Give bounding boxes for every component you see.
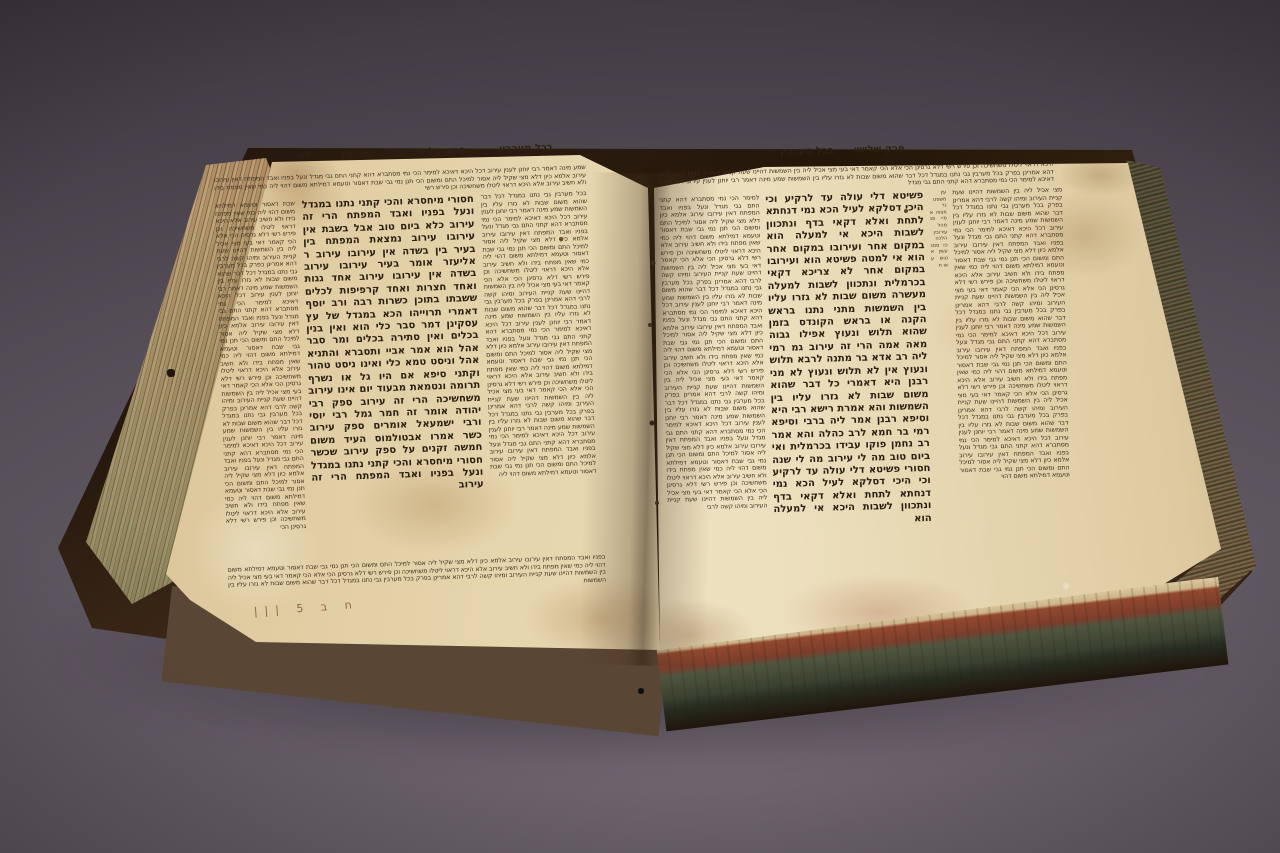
chapter-title: בכל מערבין [499, 142, 553, 155]
gutter-shadow [578, 172, 720, 667]
outer-commentary-column: מצי אכיל ליה בין השמשות דהיינו שעת קניית… [952, 186, 1072, 561]
photo-scene: לח עירובין פרק שלישי בכל מערבין שמע מינה… [0, 0, 1280, 853]
bottom-commentary-band: בפניו ואבד המפתח דאין עירובו עירוב אלמא … [227, 554, 606, 597]
perek-title: פרק שלישי [415, 145, 466, 158]
outer-commentary-column: שבת דאסור וטעמא דמילתא משום דהוי ליה כמי… [215, 200, 307, 561]
margin-gloss-column: עין משפט נר מצוה א מיי פג מהל עירובין הל… [929, 189, 949, 297]
folio-number: לח [299, 151, 311, 161]
right-page-content: בכל מערבין פרק שלישי היכא דראוי ליטלו מש… [658, 138, 1131, 585]
tractate-name: עירובין [341, 148, 373, 160]
left-page-content: לח עירובין פרק שלישי בכל מערבין שמע מינה… [213, 140, 631, 618]
chapter-title: בכל מערבין [780, 145, 834, 157]
gemara-column: פשיטא דלי עולה עד לרקיע וכי היכי דסלקא ל… [765, 190, 932, 546]
perek-title: פרק שלישי [854, 144, 905, 156]
inner-commentary-column: בכל מערבין גבי נתנו במגדל דכל דבר שהוא מ… [481, 190, 599, 545]
gemara-column: חסורי מיחסרא והכי קתני נתנו במגדל ונעל ב… [302, 194, 486, 534]
wear-specks [0, 0, 2, 2]
